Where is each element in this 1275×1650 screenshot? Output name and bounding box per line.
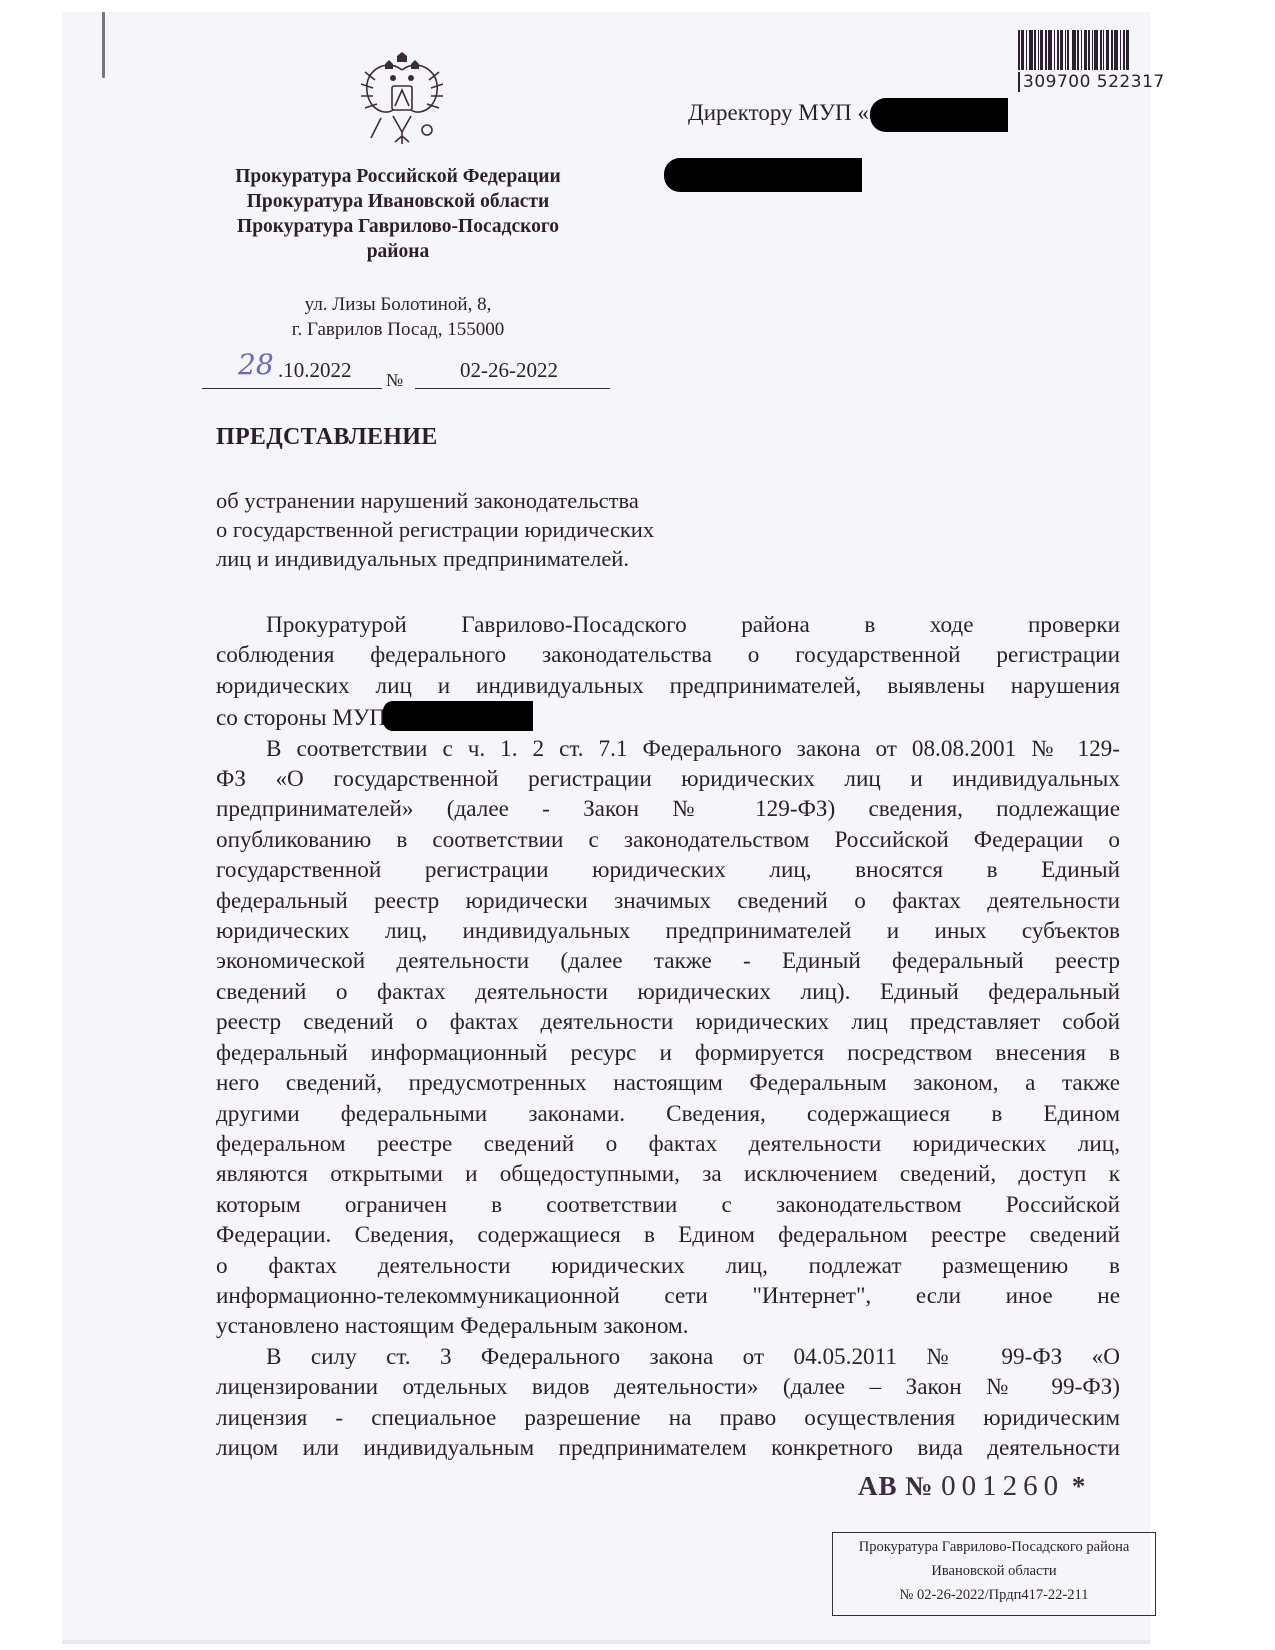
body-line: соблюдения федерального законодательства… [216,640,1120,670]
org-line: Прокуратура Ивановской области [196,189,600,214]
document-title: ПРЕДСТАВЛЕНИЕ [216,424,438,451]
body-line: федеральный информационный ресурс и форм… [216,1038,1120,1068]
barcode [1018,30,1164,70]
registration-stamp: Прокуратура Гаврилово-Посадского района … [832,1532,1156,1616]
body-line: федеральном реестре сведений о фактах де… [216,1129,1120,1159]
scan-edge [62,1640,1150,1644]
document-number: 02-26-2022 [460,358,558,383]
body-line: предпринимателей» (далее - Закон № 129-Ф… [216,794,1120,824]
subtitle-line: об устранении нарушений законодательства [216,486,654,515]
org-line: Прокуратура Гаврилово-Посадского [196,214,600,239]
body-line: юридических лиц, индивидуальных предприн… [216,916,1120,946]
stamp-line: Прокуратура Гаврилово-Посадского района [833,1535,1155,1559]
redacted-block [383,701,533,731]
coat-of-arms-icon [357,52,447,148]
redacted-block [664,158,862,192]
body-line: установлено настоящим Федеральным законо… [216,1311,1120,1341]
paragraph: В силу ст. 3 Федерального закона от 04.0… [216,1342,1120,1464]
paragraph: В соответствии с ч. 1. 2 ст. 7.1 Федерал… [216,734,1120,1342]
date-underline [202,388,382,389]
body-line: реестр сведений о фактах деятельности юр… [216,1007,1120,1037]
addressee-line: Директору МУП « [688,100,869,125]
organization-address: ул. Лизы Болотиной, 8, г. Гаврилов Посад… [196,292,600,342]
number-label: № [386,370,403,391]
form-serial-number: АВ № 001260 * [858,1470,1086,1503]
document-date: .10.2022 [278,358,352,383]
body-line: со стороны МУП [216,701,1120,733]
body-line: него сведений, предусмотренных настоящим… [216,1068,1120,1098]
address-line: г. Гаврилов Посад, 155000 [196,317,600,342]
body-line: Федерации. Сведения, содержащиеся в Един… [216,1220,1120,1250]
body-line: являются открытыми и общедоступными, за … [216,1159,1120,1189]
body-line: лицензировании отдельных видов деятельно… [216,1372,1120,1402]
serial-suffix: * [1072,1471,1087,1501]
staple-mark [102,12,105,78]
body-line: Прокуратурой Гаврилово-Посадского района… [216,610,1120,640]
redacted-block [870,98,1008,132]
body-line: федеральный реестр юридически значимых с… [216,886,1120,916]
subtitle-line: о государственной регистрации юридически… [216,515,654,544]
handwritten-date-day: 28 [238,348,274,381]
body-line: ФЗ «О государственной регистрации юридич… [216,764,1120,794]
body-line-text: со стороны МУП [216,705,386,731]
body-line: о фактах деятельности юридических лиц, п… [216,1251,1120,1281]
paragraph: Прокуратурой Гаврилово-Посадского района… [216,610,1120,734]
body-line: сведений о фактах деятельности юридическ… [216,977,1120,1007]
body-line: государственной регистрации юридических … [216,855,1120,885]
address-line: ул. Лизы Болотиной, 8, [196,292,600,317]
org-line: района [196,239,600,264]
body-line: лицензия - специальное разрешение на пра… [216,1403,1120,1433]
number-underline [415,388,610,389]
date-number-line: 28 .10.2022 02-26-2022 № [200,352,610,392]
body-line: которым ограничен в соответствии с закон… [216,1190,1120,1220]
body-line: экономической деятельности (далее также … [216,946,1120,976]
body-line: опубликованию в соответствии с законодат… [216,825,1120,855]
org-line: Прокуратура Российской Федерации [196,164,600,189]
body-line: В силу ст. 3 Федерального закона от 04.0… [216,1342,1120,1372]
body-line: информационно-телекоммуникационной сети … [216,1281,1120,1311]
barcode-number: 309700 522317 [1018,72,1165,92]
stamp-line: Ивановской области [833,1559,1155,1583]
serial-prefix: АВ № [858,1471,933,1501]
stamp-line: № 02-26-2022/Прдп417-22-211 [833,1583,1155,1607]
addressee: Директору МУП « [688,98,869,128]
subtitle-line: лиц и индивидуальных предпринимателей. [216,544,654,573]
body-line: В соответствии с ч. 1. 2 ст. 7.1 Федерал… [216,734,1120,764]
body-line: лицом или индивидуальным предпринимателе… [216,1433,1120,1463]
body-line: другими федеральными законами. Сведения,… [216,1099,1120,1129]
issuing-organization: Прокуратура Российской Федерации Прокура… [196,164,600,264]
document-subtitle: об устранении нарушений законодательства… [216,486,654,573]
serial-digits: 001260 [941,1470,1064,1502]
body-line: юридических лиц и индивидуальных предпри… [216,671,1120,701]
document-body: Прокуратурой Гаврилово-Посадского района… [216,610,1120,1463]
